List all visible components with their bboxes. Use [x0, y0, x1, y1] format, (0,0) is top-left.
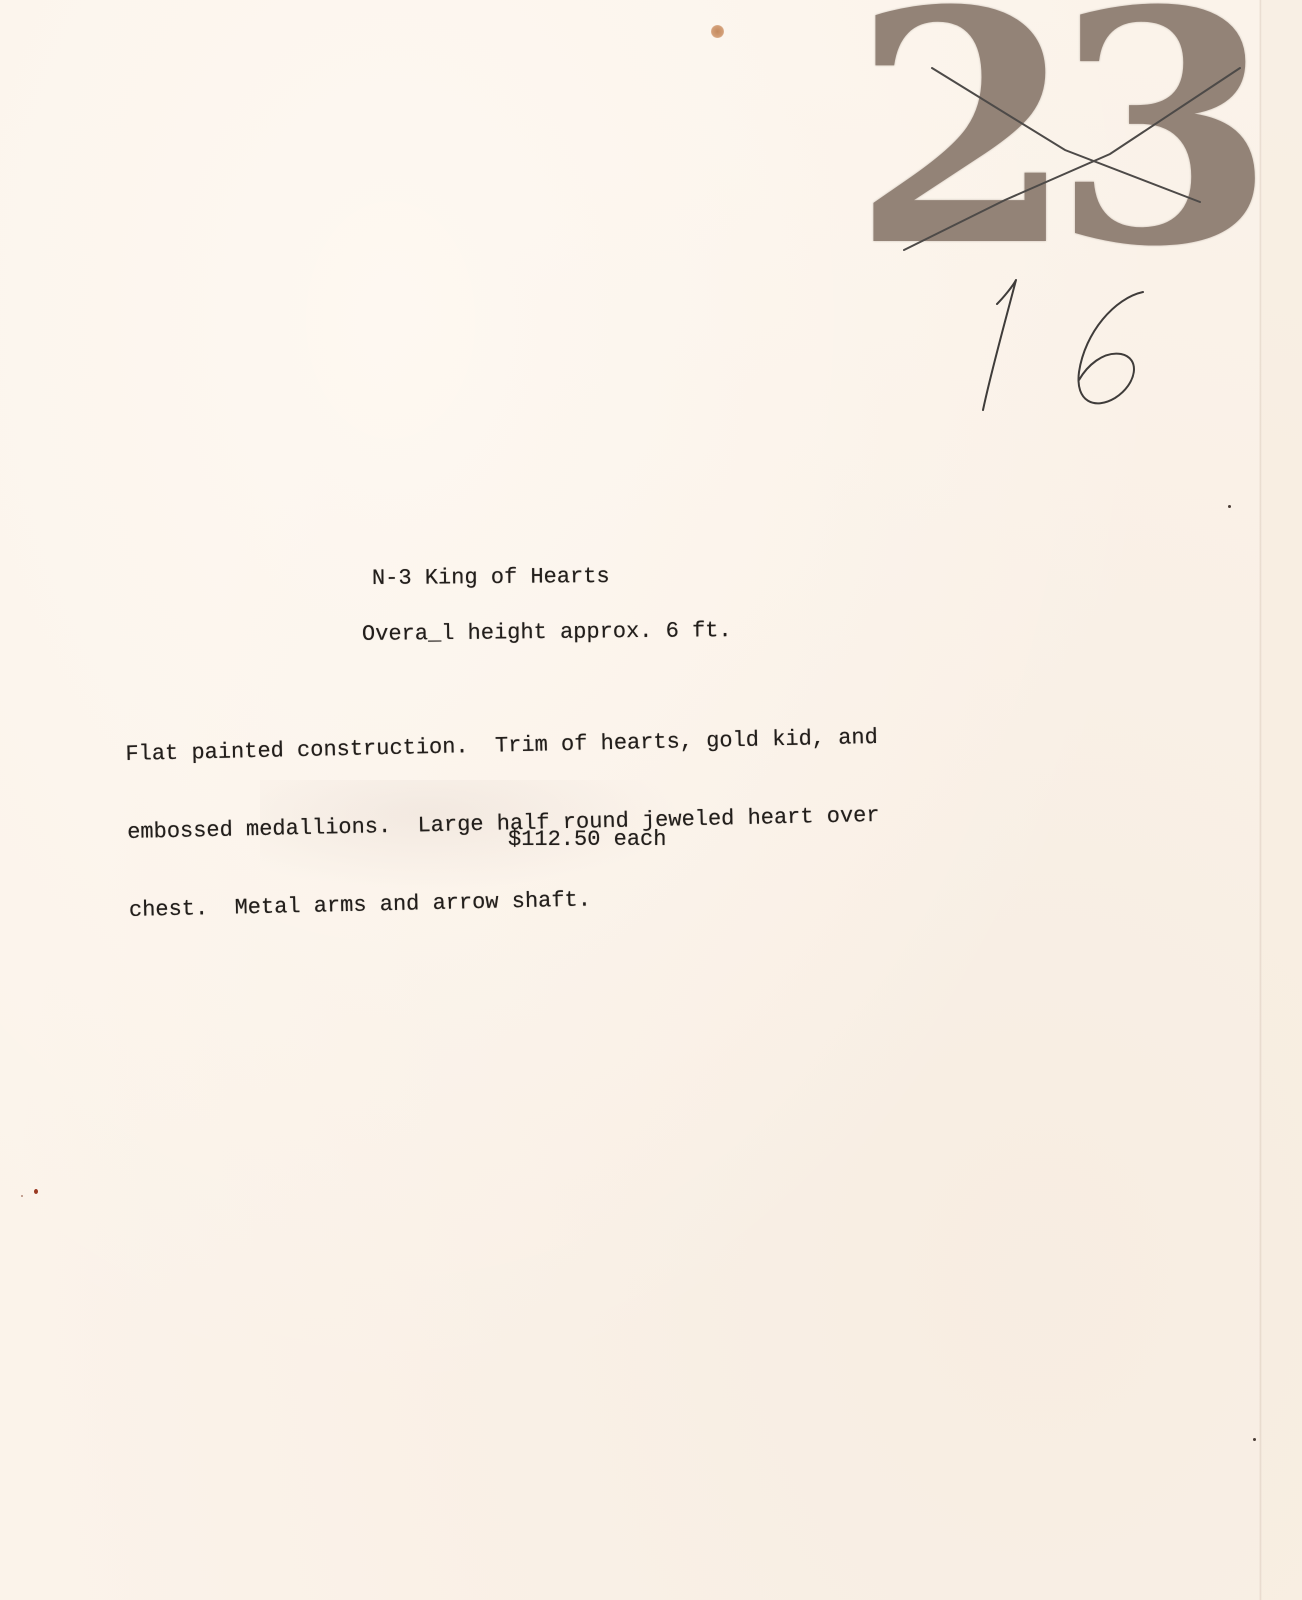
description-line: chest. Metal arms and arrow shaft.: [129, 881, 882, 924]
stain-mark: [711, 25, 724, 38]
item-title: N-3 King of Hearts: [372, 564, 610, 592]
item-description: Flat painted construction. Trim of heart…: [124, 673, 883, 976]
description-line: Flat painted construction. Trim of heart…: [125, 725, 878, 768]
speck-mark: [1253, 1438, 1256, 1441]
stamped-page-number: 23: [852, 0, 1253, 290]
item-price: $112.50 each: [508, 827, 666, 853]
handwritten-page-number: 16: [975, 262, 1175, 422]
paper-edge-strip: [1262, 0, 1302, 1600]
speck-mark: [21, 1195, 23, 1197]
height-spec: Overa_l height approx. 6 ft.: [362, 618, 732, 648]
speck-mark: [34, 1189, 38, 1194]
speck-mark: [1228, 505, 1231, 508]
scanned-page: 23 16 N-3 King of Hearts Overa_l height …: [0, 0, 1302, 1600]
description-line: embossed medallions. Large half round je…: [127, 803, 880, 846]
fold-line: [1259, 0, 1262, 1600]
